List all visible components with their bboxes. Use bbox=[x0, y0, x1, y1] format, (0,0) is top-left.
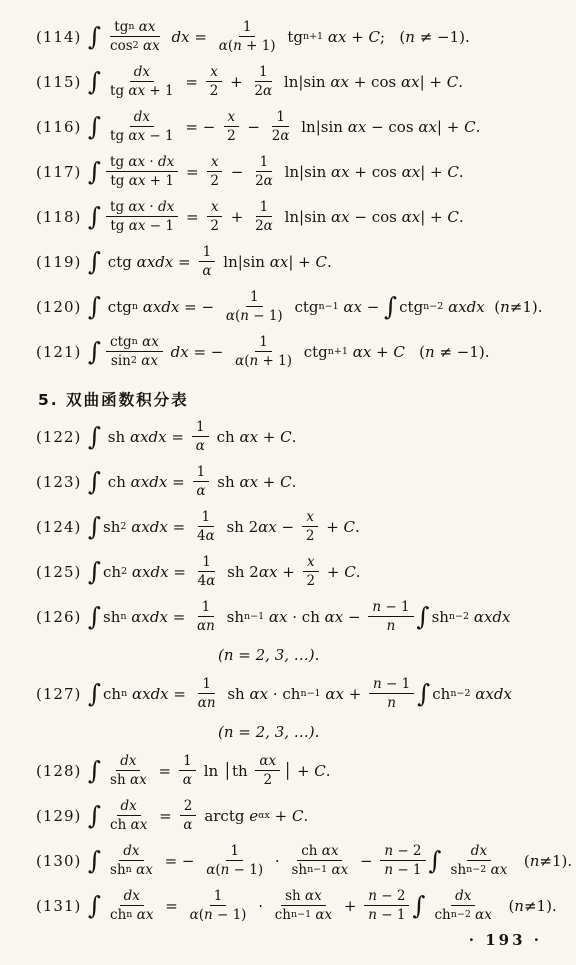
math-variable: dx bbox=[134, 109, 150, 125]
formula-number: (127) bbox=[36, 685, 88, 703]
math-variable: dx bbox=[467, 298, 485, 316]
fraction-denominator: chn−1 αx bbox=[271, 906, 336, 923]
math-text: 1 bbox=[259, 64, 268, 80]
math-variable: dx bbox=[492, 608, 510, 626]
fraction-denominator: cos2 αx bbox=[106, 37, 164, 54]
math-variable: αx bbox=[128, 128, 145, 144]
fraction-denominator: αn bbox=[193, 617, 219, 634]
math-variable: α bbox=[219, 38, 228, 54]
math-text: ctg bbox=[290, 298, 319, 316]
fraction-denominator: chn αx bbox=[106, 906, 157, 923]
math-variable: n bbox=[206, 618, 215, 634]
fraction-denominator: n − 1 bbox=[380, 861, 425, 878]
formula-row: (122)∫ sh αxdx = 1α ch αx + C. bbox=[36, 414, 568, 459]
math-variable: dx bbox=[149, 473, 167, 491]
integral-icon: ∫ bbox=[88, 114, 101, 139]
fraction-numerator: 1 bbox=[193, 464, 210, 482]
math-text: ch bbox=[432, 685, 450, 703]
math-variable: dx bbox=[150, 518, 168, 536]
math-text: tg bbox=[110, 199, 128, 215]
math-variable: dx bbox=[167, 28, 190, 46]
fraction-denominator: α bbox=[179, 816, 196, 833]
fraction-denominator: 2 bbox=[223, 127, 240, 144]
math-text: 2 bbox=[307, 573, 316, 589]
fraction-denominator: 4α bbox=[193, 527, 219, 544]
math-text: ( bbox=[485, 298, 500, 316]
math-text: 1 bbox=[250, 289, 259, 305]
math-text: − bbox=[243, 118, 265, 136]
math-text: . bbox=[355, 518, 360, 536]
math-text: − 2 bbox=[393, 843, 421, 859]
math-text: − cos bbox=[366, 118, 418, 136]
math-text: 4 bbox=[197, 528, 206, 544]
math-variable: x bbox=[306, 509, 314, 525]
math-text: tg bbox=[110, 173, 128, 189]
formula-content: ∫dxchn αx = 1α(n − 1) · sh αxchn−1 αx + … bbox=[88, 888, 557, 923]
math-variable: C bbox=[369, 28, 380, 46]
math-variable: dx bbox=[158, 154, 174, 170]
fraction: 12α bbox=[251, 154, 277, 189]
fraction-denominator: 2α bbox=[251, 217, 277, 234]
math-variable: αx bbox=[339, 298, 362, 316]
math-text: + bbox=[225, 73, 247, 91]
math-variable: n bbox=[368, 907, 377, 923]
fraction-numerator: 1 bbox=[255, 64, 272, 82]
math-text: − 1) bbox=[213, 907, 247, 923]
fraction-numerator: n − 1 bbox=[368, 599, 413, 617]
math-text: 1 bbox=[202, 599, 211, 615]
formula-row: (125)∫ch2 αxdx = 14α sh 2αx + x2 + C. bbox=[36, 549, 568, 594]
math-text: ch bbox=[275, 907, 291, 923]
math-variable: αx bbox=[259, 753, 276, 769]
math-variable: αx bbox=[132, 907, 153, 923]
math-text: − 2 bbox=[377, 888, 405, 904]
math-text: + bbox=[258, 428, 280, 446]
math-text: . bbox=[476, 118, 481, 136]
math-text: 2 bbox=[306, 528, 315, 544]
fraction-numerator: dx bbox=[120, 888, 144, 906]
fraction: dxtg αx − 1 bbox=[106, 109, 178, 144]
fraction-denominator: α bbox=[179, 771, 196, 788]
math-variable: αx bbox=[323, 28, 346, 46]
math-text: = bbox=[168, 608, 190, 626]
math-text: | + bbox=[420, 73, 447, 91]
fraction: x2 bbox=[206, 199, 223, 234]
fraction-numerator: 2 bbox=[180, 798, 197, 816]
fraction-denominator: tg αx + 1 bbox=[106, 172, 178, 189]
math-variable: dx bbox=[151, 563, 169, 581]
math-text: ≠ −1). bbox=[435, 343, 490, 361]
fraction: n − 1n bbox=[368, 599, 413, 634]
math-variable: αx bbox=[128, 83, 145, 99]
fraction-denominator: 2 bbox=[206, 217, 223, 234]
math-text: = − bbox=[181, 118, 220, 136]
integral-icon: ∫ bbox=[88, 681, 101, 706]
math-text: . bbox=[459, 208, 464, 226]
fraction-numerator: 1 bbox=[210, 888, 227, 906]
fraction-numerator: tg αx · dx bbox=[106, 154, 178, 172]
math-text: ln bbox=[199, 762, 223, 780]
math-text: + 1) bbox=[258, 353, 292, 369]
math-variable: C bbox=[280, 473, 291, 491]
fraction-denominator: 4α bbox=[194, 572, 220, 589]
fraction-denominator: α(n + 1) bbox=[231, 352, 296, 369]
math-text: = − bbox=[179, 298, 218, 316]
math-text: 1 bbox=[243, 19, 252, 35]
fraction: dxchn αx bbox=[106, 888, 157, 923]
integral-icon: ∫ bbox=[88, 294, 101, 319]
integral-icon: ∫ bbox=[88, 758, 101, 783]
section-header: 5. 双曲函数积分表 bbox=[38, 388, 568, 410]
formula-number: (130) bbox=[36, 852, 88, 870]
math-text: · bbox=[145, 199, 158, 215]
fraction: sh αxchn−1 αx bbox=[271, 888, 336, 923]
math-variable: αx bbox=[348, 343, 371, 361]
integral-icon: ∫ bbox=[429, 848, 442, 873]
math-text: − 1 bbox=[377, 907, 405, 923]
fraction: 1α bbox=[192, 464, 209, 499]
fraction: 1α(n + 1) bbox=[231, 334, 296, 369]
math-variable: αx bbox=[138, 334, 159, 350]
math-text: + bbox=[322, 563, 344, 581]
formula-content: ∫ ctgn αxdx = − 1α(n − 1) ctgn−1 αx − ∫c… bbox=[88, 289, 543, 324]
math-text: 2 bbox=[255, 173, 264, 189]
math-variable: α bbox=[196, 483, 205, 499]
math-text: 2 bbox=[210, 173, 219, 189]
math-text: ln|sin bbox=[280, 163, 331, 181]
math-text: + 1) bbox=[242, 38, 276, 54]
math-variable: C bbox=[280, 428, 291, 446]
fraction: αx2 bbox=[255, 753, 280, 788]
formula-number: (129) bbox=[36, 807, 88, 825]
math-variable: n bbox=[233, 38, 242, 54]
fraction-denominator: 2 bbox=[259, 771, 276, 788]
formula-continuation: (n = 2, 3, …). bbox=[218, 639, 568, 671]
math-text: tg bbox=[114, 19, 128, 35]
fraction-numerator: 1 bbox=[246, 289, 263, 307]
fraction: 1α(n − 1) bbox=[202, 843, 267, 878]
fraction-numerator: x bbox=[302, 509, 318, 527]
math-text: sh bbox=[103, 608, 120, 626]
formula-content: ∫dxshn αx = − 1α(n − 1) · ch αxshn−1 αx … bbox=[88, 843, 572, 878]
fraction-denominator: α(n − 1) bbox=[222, 307, 287, 324]
fraction-denominator: 2α bbox=[268, 127, 294, 144]
math-variable: α bbox=[198, 695, 207, 711]
fraction-denominator: αn bbox=[194, 694, 220, 711]
math-text: ch bbox=[110, 907, 126, 923]
formula-number: (120) bbox=[36, 298, 88, 316]
formula-content: ∫sh2 αxdx = 14α sh 2αx − x2 + C. bbox=[88, 509, 360, 544]
math-variable: α bbox=[196, 438, 205, 454]
math-text: 1 bbox=[259, 334, 268, 350]
formula-row: (119)∫ ctg αxdx = 1α ln|sin αx| + C. bbox=[36, 239, 568, 284]
math-text: = bbox=[169, 685, 191, 703]
fraction-numerator: 1 bbox=[199, 244, 216, 262]
math-text: . bbox=[304, 807, 309, 825]
fraction: x2 bbox=[223, 109, 240, 144]
fraction: dxshn αx bbox=[106, 843, 157, 878]
fraction-numerator: 1 bbox=[256, 154, 273, 172]
math-variable: n bbox=[373, 676, 382, 692]
math-variable: dx bbox=[149, 428, 167, 446]
math-variable: e bbox=[249, 807, 258, 825]
integral-icon: ∫ bbox=[88, 559, 101, 584]
formula-number: (123) bbox=[36, 473, 88, 491]
math-text: − cos bbox=[350, 208, 402, 226]
math-text: sh bbox=[222, 608, 244, 626]
math-variable: αx bbox=[348, 118, 367, 136]
formula-row: (116)∫dxtg αx − 1 = − x2 − 12α ln|sin αx… bbox=[36, 104, 568, 149]
formula-content: ∫tg αx · dxtg αx − 1 = x2 + 12α ln|sin α… bbox=[88, 199, 464, 234]
math-variable: αx bbox=[128, 154, 145, 170]
formula-row: (123)∫ ch αxdx = 1α sh αx + C. bbox=[36, 459, 568, 504]
integral-icon: ∫ bbox=[88, 339, 101, 364]
math-variable: αx bbox=[130, 428, 149, 446]
math-variable: x bbox=[211, 199, 219, 215]
math-text: 2 bbox=[272, 128, 281, 144]
integral-icon: ∫ bbox=[88, 69, 101, 94]
math-text: arctg bbox=[200, 807, 250, 825]
math-text: ch bbox=[103, 473, 131, 491]
fraction-numerator: x bbox=[207, 199, 223, 217]
math-variable: n bbox=[387, 618, 396, 634]
fraction-numerator: 1 bbox=[255, 334, 272, 352]
formula-row: (126)∫shn αxdx = 1αn shn−1 αx · ch αx − … bbox=[36, 594, 568, 639]
math-text: tg bbox=[110, 154, 128, 170]
math-text: ≠ −1). bbox=[415, 28, 470, 46]
math-text: = bbox=[167, 428, 189, 446]
math-variable: αx bbox=[131, 817, 148, 833]
fraction: n − 2n − 1 bbox=[364, 888, 409, 923]
formula-number: (114) bbox=[36, 28, 88, 46]
math-variable: C bbox=[447, 163, 458, 181]
formula-continuation: (n = 2, 3, …). bbox=[218, 716, 568, 748]
fraction-numerator: 1 bbox=[198, 676, 215, 694]
formula-content: ∫dxtg αx − 1 = − x2 − 12α ln|sin αx − co… bbox=[88, 109, 480, 144]
math-text: 1 bbox=[197, 464, 206, 480]
math-text: 1 bbox=[202, 554, 211, 570]
fraction-numerator: dx bbox=[119, 843, 143, 861]
fraction-numerator: 1 bbox=[198, 554, 215, 572]
fraction-numerator: sh αx bbox=[281, 888, 326, 906]
formula-row: (129)∫dxch αx = 2α arctg eαx + C. bbox=[36, 793, 568, 838]
math-text: = bbox=[154, 762, 176, 780]
math-variable: n bbox=[204, 907, 213, 923]
fraction-denominator: 2α bbox=[250, 82, 276, 99]
math-variable: αx bbox=[330, 73, 349, 91]
math-variable: n bbox=[425, 343, 435, 361]
fraction-numerator: x bbox=[224, 109, 240, 127]
math-text: ctg bbox=[299, 343, 328, 361]
fraction-denominator: 2 bbox=[303, 572, 320, 589]
math-text: 2 bbox=[254, 83, 263, 99]
math-text: 4 bbox=[198, 573, 207, 589]
fraction: tg αx · dxtg αx − 1 bbox=[106, 199, 178, 234]
math-text: 2 bbox=[263, 772, 272, 788]
fraction-denominator: sh αx bbox=[106, 771, 151, 788]
math-text: − 1) bbox=[229, 862, 263, 878]
math-variable: C bbox=[344, 518, 355, 536]
math-variable: αx bbox=[401, 73, 420, 91]
fraction-denominator: α bbox=[198, 262, 215, 279]
fraction-numerator: dx bbox=[116, 753, 140, 771]
math-variable: dx bbox=[124, 888, 140, 904]
math-text: = bbox=[168, 518, 190, 536]
math-text: = bbox=[154, 807, 176, 825]
fraction-numerator: n − 2 bbox=[380, 843, 425, 861]
formula-content: ∫dxch αx = 2α arctg eαx + C. bbox=[88, 798, 308, 833]
math-text: + 1 bbox=[145, 83, 173, 99]
math-variable: α bbox=[280, 128, 289, 144]
math-text: tg bbox=[110, 218, 128, 234]
fraction-denominator: chn−2 αx bbox=[430, 906, 495, 923]
math-text: ≠1). bbox=[524, 897, 557, 915]
math-text: ctg bbox=[399, 298, 423, 316]
math-text: . bbox=[356, 563, 361, 581]
math-variable: αx bbox=[418, 118, 437, 136]
math-text: · ch bbox=[268, 685, 300, 703]
fraction-denominator: n − 1 bbox=[364, 906, 409, 923]
fraction: 2α bbox=[179, 798, 196, 833]
fraction-numerator: dx bbox=[117, 798, 141, 816]
math-text: 1 bbox=[202, 676, 211, 692]
math-variable: αx bbox=[127, 608, 150, 626]
formula-number: (122) bbox=[36, 428, 88, 446]
math-text: sh 2 bbox=[222, 518, 258, 536]
math-variable: αx bbox=[126, 518, 149, 536]
fraction: tgn αxcos2 αx bbox=[106, 19, 164, 54]
scanned-book-page: { "colors": { "paper": "#f8f6f0", "ink":… bbox=[0, 0, 576, 965]
math-variable: α bbox=[183, 817, 192, 833]
page-content: (114)∫tgn αxcos2 αx dx = 1α(n + 1) tgn+1… bbox=[0, 0, 576, 928]
math-variable: α bbox=[263, 83, 272, 99]
math-text: | + bbox=[420, 208, 447, 226]
math-variable: αx bbox=[331, 208, 350, 226]
math-text: tg bbox=[110, 128, 128, 144]
math-text: = bbox=[181, 208, 203, 226]
math-variable: αx bbox=[132, 862, 153, 878]
math-variable: n bbox=[405, 28, 415, 46]
fraction: dxshn−2 αx bbox=[447, 843, 512, 878]
fraction-numerator: tg αx · dx bbox=[106, 199, 178, 217]
fraction-denominator: α(n − 1) bbox=[186, 906, 251, 923]
math-variable: n bbox=[250, 353, 259, 369]
integral-icon: ∫ bbox=[412, 893, 425, 918]
formula-number: (116) bbox=[36, 118, 88, 136]
integral-icon: ∫ bbox=[384, 294, 397, 319]
math-text: 2 bbox=[210, 218, 219, 234]
integral-icon: ∫ bbox=[88, 604, 101, 629]
formula-content: ∫chn αxdx = 1αn sh αx · chn−1 αx + n − 1… bbox=[88, 676, 512, 711]
formula-row: (115)∫dxtg αx + 1 = x2 + 12α ln|sin αx +… bbox=[36, 59, 568, 104]
fraction-denominator: α bbox=[192, 482, 209, 499]
fraction-denominator: ch αx bbox=[106, 816, 151, 833]
formula-row: (114)∫tgn αxcos2 αx dx = 1α(n + 1) tgn+1… bbox=[36, 14, 568, 59]
math-variable: αx bbox=[249, 685, 268, 703]
formula-row: (128)∫dxsh αx = 1α ln │th αx2│ + C. bbox=[36, 748, 568, 793]
integral-icon: ∫ bbox=[88, 469, 101, 494]
fraction-numerator: 1 bbox=[226, 843, 243, 861]
formula-number: (117) bbox=[36, 163, 88, 181]
math-text: − bbox=[277, 518, 299, 536]
math-text: 2 bbox=[255, 218, 264, 234]
math-text: − 1 bbox=[382, 676, 410, 692]
math-variable: n bbox=[387, 695, 396, 711]
math-text: + bbox=[344, 685, 366, 703]
math-variable: αx bbox=[486, 862, 507, 878]
formula-content: ∫ sh αxdx = 1α ch αx + C. bbox=[88, 419, 296, 454]
math-text: 1 bbox=[203, 244, 212, 260]
fraction-numerator: dx bbox=[451, 888, 475, 906]
formula-row: (131)∫dxchn αx = 1α(n − 1) · sh αxchn−1 … bbox=[36, 883, 568, 928]
fraction-denominator: n bbox=[383, 617, 400, 634]
math-variable: α bbox=[264, 173, 273, 189]
math-variable: α bbox=[190, 907, 199, 923]
math-variable: αx bbox=[127, 563, 150, 581]
fraction: x2 bbox=[303, 554, 320, 589]
math-variable: α bbox=[206, 528, 215, 544]
math-text: sh bbox=[223, 685, 250, 703]
page-number: · 193 · bbox=[469, 931, 542, 949]
math-variable: αx bbox=[325, 608, 344, 626]
math-variable: αx bbox=[137, 253, 156, 271]
math-variable: x bbox=[228, 109, 236, 125]
math-text: ctg bbox=[110, 334, 132, 350]
math-text: + bbox=[258, 473, 280, 491]
fraction-denominator: tg αx − 1 bbox=[106, 217, 178, 234]
math-text: ch bbox=[212, 428, 240, 446]
math-text: . bbox=[292, 428, 297, 446]
formula-number: (119) bbox=[36, 253, 88, 271]
fraction-numerator: αx bbox=[255, 753, 280, 771]
fraction: dxtg αx + 1 bbox=[106, 64, 178, 99]
fraction: 1α bbox=[179, 753, 196, 788]
formula-number: (131) bbox=[36, 897, 88, 915]
math-text: − 1 bbox=[393, 862, 421, 878]
fraction: 1α(n − 1) bbox=[186, 888, 251, 923]
math-variable: n bbox=[514, 897, 524, 915]
math-text: · bbox=[145, 154, 158, 170]
math-text: · bbox=[270, 852, 284, 870]
math-text: ≠1). bbox=[539, 852, 572, 870]
formula-content: ∫dxsh αx = 1α ln │th αx2│ + C. bbox=[88, 753, 331, 788]
fraction-denominator: shn αx bbox=[106, 861, 157, 878]
math-variable: dx bbox=[494, 685, 512, 703]
math-text: − 1) bbox=[249, 308, 283, 324]
math-variable: n bbox=[384, 843, 393, 859]
fraction: 1αn bbox=[194, 676, 220, 711]
fraction: 14α bbox=[193, 509, 219, 544]
math-text: · ch bbox=[288, 608, 325, 626]
math-text: + bbox=[346, 28, 368, 46]
math-text: sh bbox=[110, 772, 130, 788]
fraction-denominator: tg αx + 1 bbox=[106, 82, 178, 99]
math-text: 1 bbox=[276, 109, 285, 125]
fraction: dxsh αx bbox=[106, 753, 151, 788]
fraction-numerator: n − 1 bbox=[369, 676, 414, 694]
fraction: 14α bbox=[194, 554, 220, 589]
formula-content: ∫ch2 αxdx = 14α sh 2αx + x2 + C. bbox=[88, 554, 361, 589]
math-text: · bbox=[253, 897, 267, 915]
math-text: 1 bbox=[214, 888, 223, 904]
math-variable: αx bbox=[322, 843, 339, 859]
math-variable: n bbox=[500, 298, 510, 316]
math-text: ch bbox=[434, 907, 450, 923]
fraction: x2 bbox=[302, 509, 319, 544]
math-text: ch bbox=[110, 817, 131, 833]
math-text: . bbox=[458, 73, 463, 91]
integral-icon: ∫ bbox=[417, 604, 430, 629]
